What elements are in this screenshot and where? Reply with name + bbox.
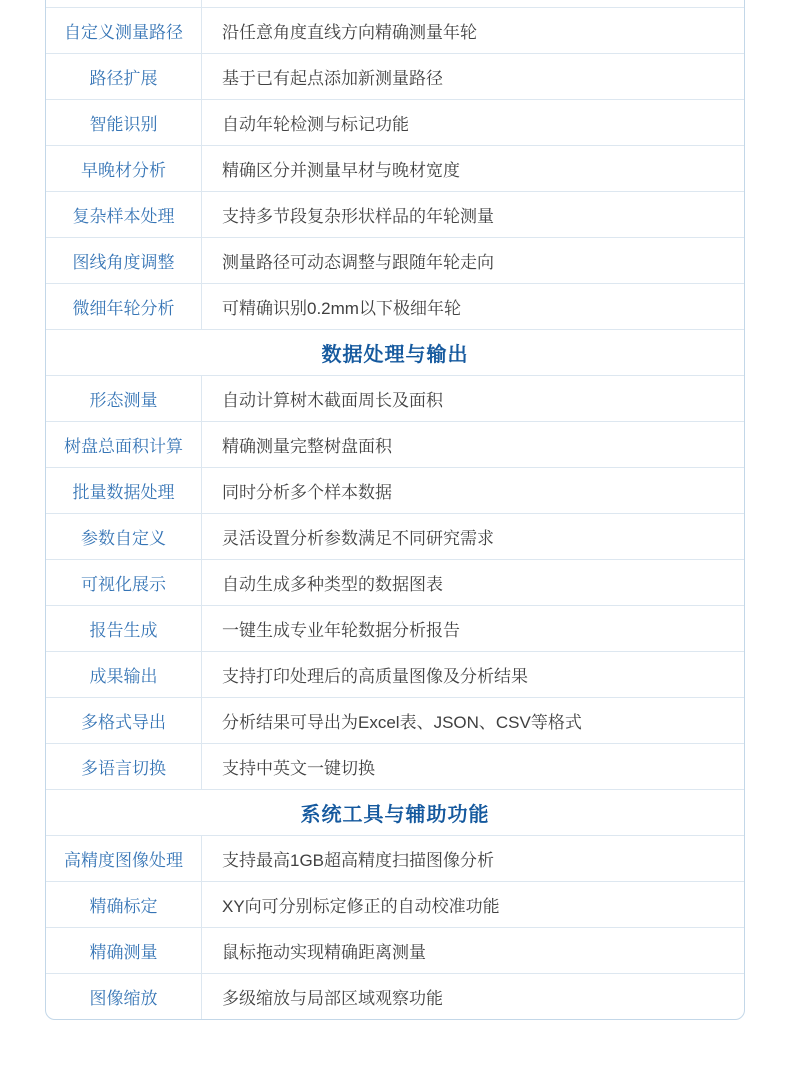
feature-name-cell: 多语言切换	[46, 744, 202, 789]
feature-desc-cell	[202, 0, 744, 7]
feature-row: 图线角度调整 测量路径可动态调整与跟随年轮走向	[46, 237, 744, 283]
feature-name-cell: 可视化展示	[46, 560, 202, 605]
feature-name-cell: 批量数据处理	[46, 468, 202, 513]
feature-row: 报告生成 一键生成专业年轮数据分析报告	[46, 605, 744, 651]
feature-row: 自定义测量路径 沿任意角度直线方向精确测量年轮	[46, 7, 744, 53]
feature-name-cell: 图像缩放	[46, 974, 202, 1019]
feature-row: 多格式导出 分析结果可导出为Excel表、JSON、CSV等格式	[46, 697, 744, 743]
feature-name-cell: 复杂样本处理	[46, 192, 202, 237]
feature-row: 复杂样本处理 支持多节段复杂形状样品的年轮测量	[46, 191, 744, 237]
feature-name-cell: 微细年轮分析	[46, 284, 202, 329]
feature-desc-cell: 支持多节段复杂形状样品的年轮测量	[202, 192, 744, 237]
feature-row: 精确标定 XY向可分别标定修正的自动校准功能	[46, 881, 744, 927]
feature-desc-cell: 灵活设置分析参数满足不同研究需求	[202, 514, 744, 559]
feature-name-cell: 多格式导出	[46, 698, 202, 743]
feature-row: 早晚材分析 精确区分并测量早材与晚材宽度	[46, 145, 744, 191]
feature-desc-cell: 基于已有起点添加新测量路径	[202, 54, 744, 99]
feature-name-cell: 树盘总面积计算	[46, 422, 202, 467]
feature-row: 树盘总面积计算 精确测量完整树盘面积	[46, 421, 744, 467]
feature-row-partial	[46, 0, 744, 7]
feature-desc-cell: 自动计算树木截面周长及面积	[202, 376, 744, 421]
feature-row: 批量数据处理 同时分析多个样本数据	[46, 467, 744, 513]
feature-name-cell: 精确测量	[46, 928, 202, 973]
section-header-data-processing: 数据处理与输出	[46, 329, 744, 375]
feature-row: 图像缩放 多级缩放与局部区域观察功能	[46, 973, 744, 1019]
feature-desc-cell: 精确区分并测量早材与晚材宽度	[202, 146, 744, 191]
feature-name-cell: 智能识别	[46, 100, 202, 145]
feature-desc-cell: 同时分析多个样本数据	[202, 468, 744, 513]
feature-desc-cell: 沿任意角度直线方向精确测量年轮	[202, 8, 744, 53]
feature-name-cell: 早晚材分析	[46, 146, 202, 191]
feature-desc-cell: 自动生成多种类型的数据图表	[202, 560, 744, 605]
feature-name-cell: 自定义测量路径	[46, 8, 202, 53]
feature-row: 可视化展示 自动生成多种类型的数据图表	[46, 559, 744, 605]
feature-name-cell: 高精度图像处理	[46, 836, 202, 881]
feature-name-cell	[46, 0, 202, 7]
feature-desc-cell: 分析结果可导出为Excel表、JSON、CSV等格式	[202, 698, 744, 743]
feature-row: 成果输出 支持打印处理后的高质量图像及分析结果	[46, 651, 744, 697]
feature-desc-cell: 支持最高1GB超高精度扫描图像分析	[202, 836, 744, 881]
feature-name-cell: 形态测量	[46, 376, 202, 421]
feature-desc-cell: 多级缩放与局部区域观察功能	[202, 974, 744, 1019]
feature-desc-cell: 鼠标拖动实现精确距离测量	[202, 928, 744, 973]
feature-row: 微细年轮分析 可精确识别0.2mm以下极细年轮	[46, 283, 744, 329]
feature-row: 参数自定义 灵活设置分析参数满足不同研究需求	[46, 513, 744, 559]
feature-row: 高精度图像处理 支持最高1GB超高精度扫描图像分析	[46, 835, 744, 881]
feature-name-cell: 路径扩展	[46, 54, 202, 99]
feature-name-cell: 报告生成	[46, 606, 202, 651]
feature-name-cell: 图线角度调整	[46, 238, 202, 283]
feature-row: 智能识别 自动年轮检测与标记功能	[46, 99, 744, 145]
feature-name-cell: 成果输出	[46, 652, 202, 697]
feature-desc-cell: XY向可分别标定修正的自动校准功能	[202, 882, 744, 927]
feature-desc-cell: 一键生成专业年轮数据分析报告	[202, 606, 744, 651]
feature-row: 精确测量 鼠标拖动实现精确距离测量	[46, 927, 744, 973]
feature-name-cell: 参数自定义	[46, 514, 202, 559]
feature-table: 自定义测量路径 沿任意角度直线方向精确测量年轮 路径扩展 基于已有起点添加新测量…	[45, 0, 745, 1020]
feature-row: 多语言切换 支持中英文一键切换	[46, 743, 744, 789]
feature-desc-cell: 测量路径可动态调整与跟随年轮走向	[202, 238, 744, 283]
feature-desc-cell: 可精确识别0.2mm以下极细年轮	[202, 284, 744, 329]
feature-desc-cell: 支持打印处理后的高质量图像及分析结果	[202, 652, 744, 697]
feature-desc-cell: 支持中英文一键切换	[202, 744, 744, 789]
section-header-system-tools: 系统工具与辅助功能	[46, 789, 744, 835]
feature-desc-cell: 精确测量完整树盘面积	[202, 422, 744, 467]
feature-row: 路径扩展 基于已有起点添加新测量路径	[46, 53, 744, 99]
feature-desc-cell: 自动年轮检测与标记功能	[202, 100, 744, 145]
feature-name-cell: 精确标定	[46, 882, 202, 927]
feature-row: 形态测量 自动计算树木截面周长及面积	[46, 375, 744, 421]
